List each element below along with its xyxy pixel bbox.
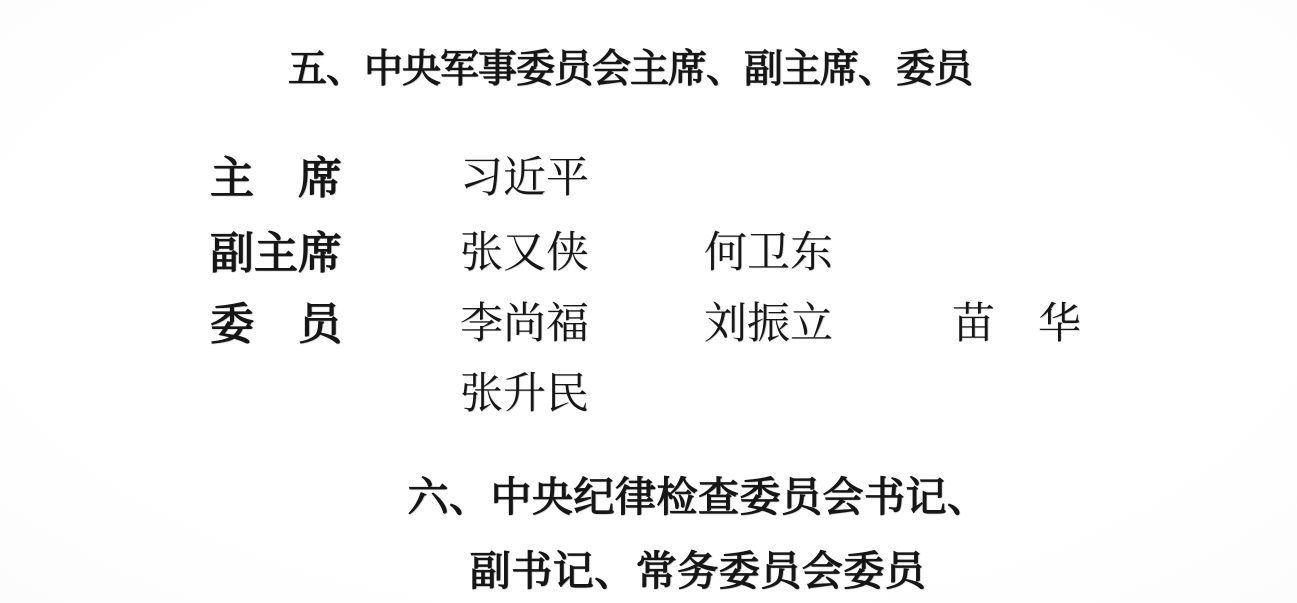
row-members-continued: 张升民 — [0, 372, 1297, 420]
role-label-member: 委 员 — [210, 302, 342, 348]
row-vice-chairmen: 副主席 张又侠 何卫东 — [0, 231, 1297, 279]
section-6-title-line-1: 六、中央纪律检查委员会书记、 — [198, 460, 1198, 534]
section-5-title: 五、中央军事委员会主席、副主席、委员 — [0, 42, 1260, 98]
member-name: 张升民 — [460, 372, 589, 418]
section-6-title-line-2: 副书记、常务委员会委员 — [198, 534, 1198, 603]
role-label-vice-chairman: 副主席 — [210, 231, 342, 277]
row-members: 委 员 李尚福 刘振立 苗 华 — [0, 302, 1297, 350]
member-name: 张又侠 — [460, 231, 589, 277]
member-name: 苗 华 — [952, 302, 1081, 348]
member-name: 刘振立 — [704, 302, 833, 348]
role-label-chairman: 主 席 — [210, 156, 342, 202]
section-6-title: 六、中央纪律检查委员会书记、 副书记、常务委员会委员 — [198, 460, 1198, 603]
member-name: 何卫东 — [704, 231, 833, 277]
member-name: 习近平 — [460, 156, 589, 202]
document-page: 五、中央军事委员会主席、副主席、委员 主 席 习近平 副主席 张又侠 何卫东 委… — [0, 0, 1297, 603]
row-chairman: 主 席 习近平 — [0, 156, 1297, 204]
member-name: 李尚福 — [460, 302, 589, 348]
